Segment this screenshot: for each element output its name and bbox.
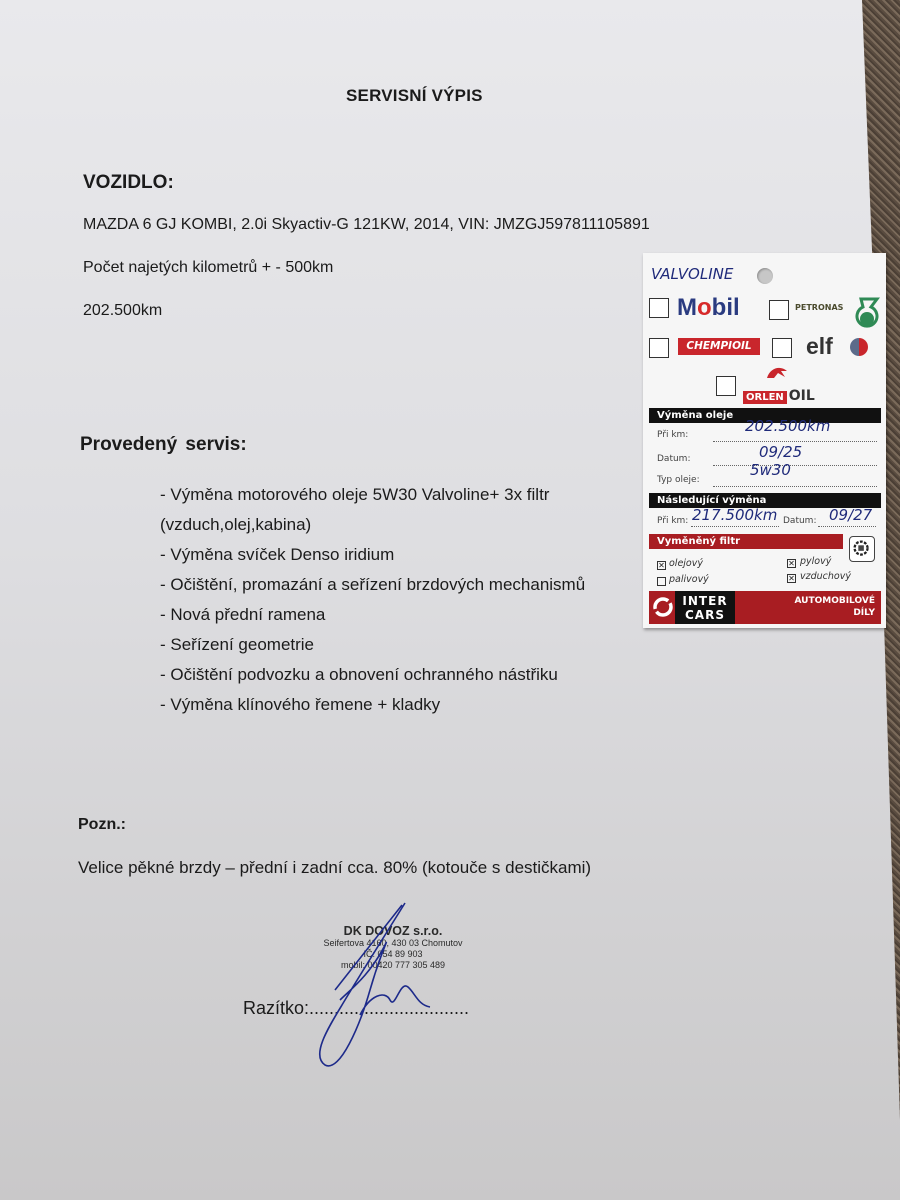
checkbox-mobil[interactable] [649, 298, 669, 318]
service-item: - Výměna svíček Denso iridium [160, 540, 585, 570]
intercars-line1: INTER [675, 594, 735, 608]
service-item: - Nová přední ramena [160, 600, 585, 630]
tagline-line1: AUTOMOBILOVÉ [741, 595, 875, 607]
filter-checkbox-cabin[interactable] [787, 559, 796, 568]
service-item: - Seřízení geometrie [160, 630, 585, 660]
service-item: - Očištění, promazání a seřízení brzdový… [160, 570, 585, 600]
oil-km-line [713, 441, 877, 442]
service-list: - Výměna motorového oleje 5W30 Valvoline… [160, 480, 585, 720]
filter-label-fuel: palivový [669, 574, 709, 585]
oil-date-value: 09/25 [759, 443, 802, 461]
tagline-line2: DÍLY [741, 607, 875, 619]
elf-logo: elf [806, 333, 833, 360]
checkbox-chempioil[interactable] [649, 338, 669, 358]
oil-km-value: 202.500km [745, 417, 830, 435]
note-heading: Pozn.: [78, 816, 126, 834]
oil-date-line [713, 465, 877, 466]
oil-km-label: Při km: [657, 430, 688, 440]
intercars-wordmark: INTER CARS [675, 591, 735, 624]
filter-checkbox-air[interactable] [787, 574, 796, 583]
checkbox-orlen[interactable] [716, 376, 736, 396]
filter-checkbox-fuel[interactable] [657, 577, 666, 586]
orlen-eagle-icon [766, 365, 788, 379]
intercars-logo-icon [652, 596, 674, 618]
next-date-label: Datum: [783, 516, 816, 526]
filter-label-oil: olejový [669, 558, 703, 569]
mileage-label: Počet najetých kilometrů + - 500km [83, 259, 333, 277]
oil-type-value: 5w30 [750, 461, 791, 479]
checkbox-elf[interactable] [772, 338, 792, 358]
filter-icon [849, 536, 875, 562]
service-item: - Výměna klínového řemene + kladky [160, 690, 585, 720]
chempioil-logo: CHEMPIOIL [678, 338, 760, 355]
filter-checkbox-oil[interactable] [657, 561, 666, 570]
filter-label-cabin: pylový [800, 556, 831, 567]
elf-mark-icon [850, 338, 868, 356]
next-km-label: Při km: [657, 516, 688, 526]
oil-change-tag: VALVOLINE Mobil PETRONAS CHEMPIOIL elf O… [643, 253, 886, 628]
signature-icon [290, 895, 440, 1075]
filter-heading: Vyměněný filtr [649, 534, 843, 549]
next-km-value: 217.500km [692, 506, 777, 524]
next-date-value: 09/27 [829, 506, 872, 524]
oil-type-line [713, 486, 877, 487]
oil-type-label: Typ oleje: [657, 475, 700, 485]
next-date-line [818, 526, 876, 527]
oil-date-label: Datum: [657, 454, 690, 464]
orlen-logo: ORLENOIL [743, 385, 815, 400]
next-km-line [691, 526, 779, 527]
mobil-logo: Mobil [677, 294, 740, 322]
petronas-logo: PETRONAS [795, 303, 843, 312]
tag-hole [757, 268, 773, 284]
handwritten-brand: VALVOLINE [651, 265, 733, 283]
mileage-value: 202.500km [83, 302, 162, 320]
intercars-line2: CARS [675, 608, 735, 622]
petronas-drop-icon [855, 297, 881, 331]
checkbox-petronas[interactable] [769, 300, 789, 320]
note-text: Velice pěkné brzdy – přední i zadní cca.… [78, 858, 591, 878]
filter-label-air: vzduchový [800, 571, 851, 582]
service-item: - Výměna motorového oleje 5W30 Valvoline… [160, 480, 585, 510]
service-item: (vzduch,olej,kabina) [160, 510, 585, 540]
vehicle-description: MAZDA 6 GJ KOMBI, 2.0i Skyactiv-G 121KW,… [83, 216, 650, 234]
document-title: SERVISNÍ VÝPIS [346, 86, 483, 106]
footer-tagline: AUTOMOBILOVÉ DÍLY [741, 595, 875, 619]
service-heading: Provedený servis: [80, 434, 247, 456]
vehicle-heading: VOZIDLO: [83, 172, 174, 194]
service-item: - Očištění podvozku a obnovení ochrannéh… [160, 660, 585, 690]
